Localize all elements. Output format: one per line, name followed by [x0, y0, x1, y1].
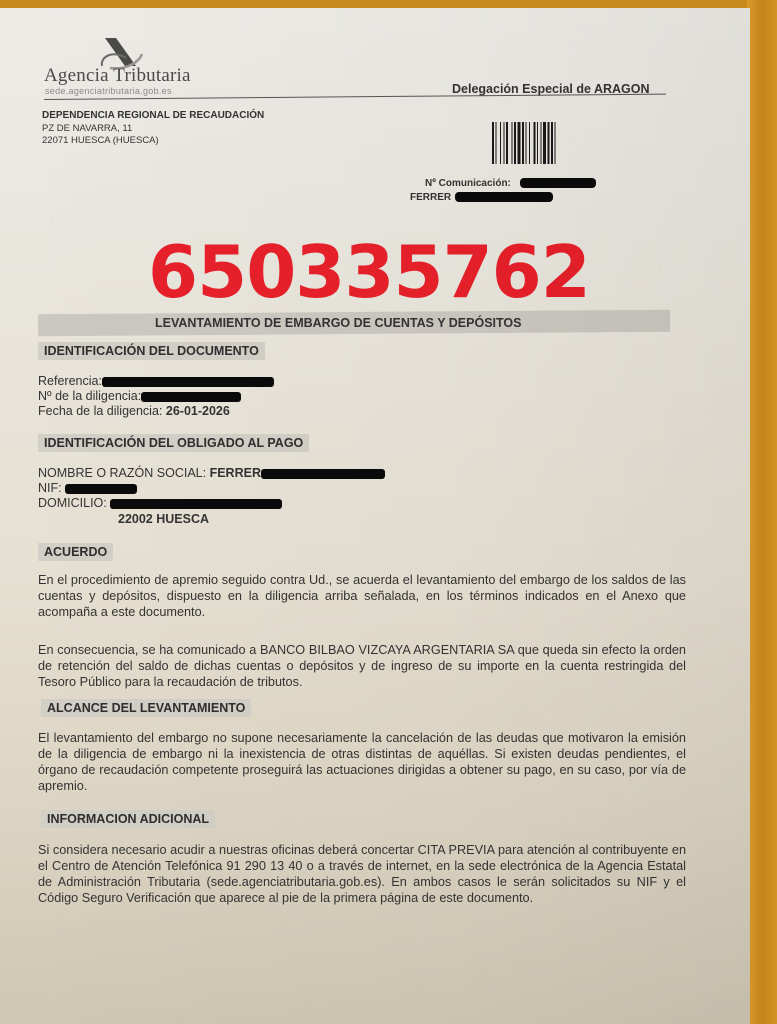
agency-url: sede.agenciatributaria.gob.es — [45, 86, 172, 96]
redacted-diligencia-number — [141, 392, 241, 402]
redacted-nombre — [261, 469, 385, 479]
fecha-label: Fecha de la diligencia: — [38, 404, 162, 418]
section-heading-identificacion-obligado: IDENTIFICACIÓN DEL OBLIGADO AL PAGO — [38, 434, 309, 452]
communication-label: Nº Comunicación: — [425, 178, 511, 189]
nombre-value: FERRER — [210, 466, 261, 480]
domicilio-row: DOMICILIO: — [38, 496, 282, 510]
address-line-2: 22071 HUESCA (HUESCA) — [42, 135, 159, 146]
nombre-label: NOMBRE O RAZÓN SOCIAL: — [38, 466, 206, 480]
section-heading-informacion-adicional: INFORMACION ADICIONAL — [41, 810, 215, 828]
redacted-domicilio — [110, 499, 282, 509]
diligencia-label: Nº de la diligencia: — [38, 389, 141, 403]
agency-name: Agencia Tributaria — [44, 65, 191, 87]
document-title: LEVANTAMIENTO DE EMBARGO DE CUENTAS Y DE… — [155, 316, 521, 330]
section-heading-identificacion-documento: IDENTIFICACIÓN DEL DOCUMENTO — [38, 342, 265, 360]
acuerdo-paragraph-1: En el procedimiento de apremio seguido c… — [38, 572, 686, 620]
domicilio-city: 22002 HUESCA — [118, 512, 209, 526]
redacted-communication-number — [520, 178, 596, 188]
alcance-paragraph: El levantamiento del embargo no supone n… — [38, 730, 686, 794]
recipient-name: FERRER — [410, 192, 451, 203]
section-heading-acuerdo: ACUERDO — [38, 543, 113, 561]
highlight-number: 650335762 — [148, 230, 590, 314]
diligencia-row: Nº de la diligencia: — [38, 389, 241, 403]
domicilio-label: DOMICILIO: — [38, 496, 107, 510]
redacted-nif — [65, 484, 137, 494]
referencia-label: Referencia: — [38, 374, 102, 388]
department-name: DEPENDENCIA REGIONAL DE RECAUDACIÓN — [42, 110, 264, 121]
informacion-adicional-paragraph: Si considera necesario acudir a nuestras… — [38, 842, 686, 906]
delegation-name: Delegación Especial de ARAGON — [452, 82, 650, 96]
nif-label: NIF: — [38, 481, 62, 495]
fecha-value: 26-01-2026 — [166, 404, 230, 418]
redacted-recipient-name — [455, 192, 553, 202]
wooden-table-edge — [747, 0, 777, 1024]
barcode-icon — [492, 122, 590, 164]
nif-row: NIF: — [38, 481, 137, 495]
acuerdo-paragraph-2: En consecuencia, se ha comunicado a BANC… — [38, 642, 686, 690]
nombre-row: NOMBRE O RAZÓN SOCIAL: FERRER — [38, 466, 385, 480]
address-line-1: PZ DE NAVARRA, 11 — [42, 123, 132, 134]
fecha-row: Fecha de la diligencia: 26-01-2026 — [38, 404, 230, 418]
section-heading-alcance: ALCANCE DEL LEVANTAMIENTO — [41, 699, 251, 717]
referencia-row: Referencia: — [38, 374, 274, 388]
letter-page: Agencia Tributaria sede.agenciatributari… — [0, 8, 750, 1024]
redacted-referencia — [102, 377, 274, 387]
